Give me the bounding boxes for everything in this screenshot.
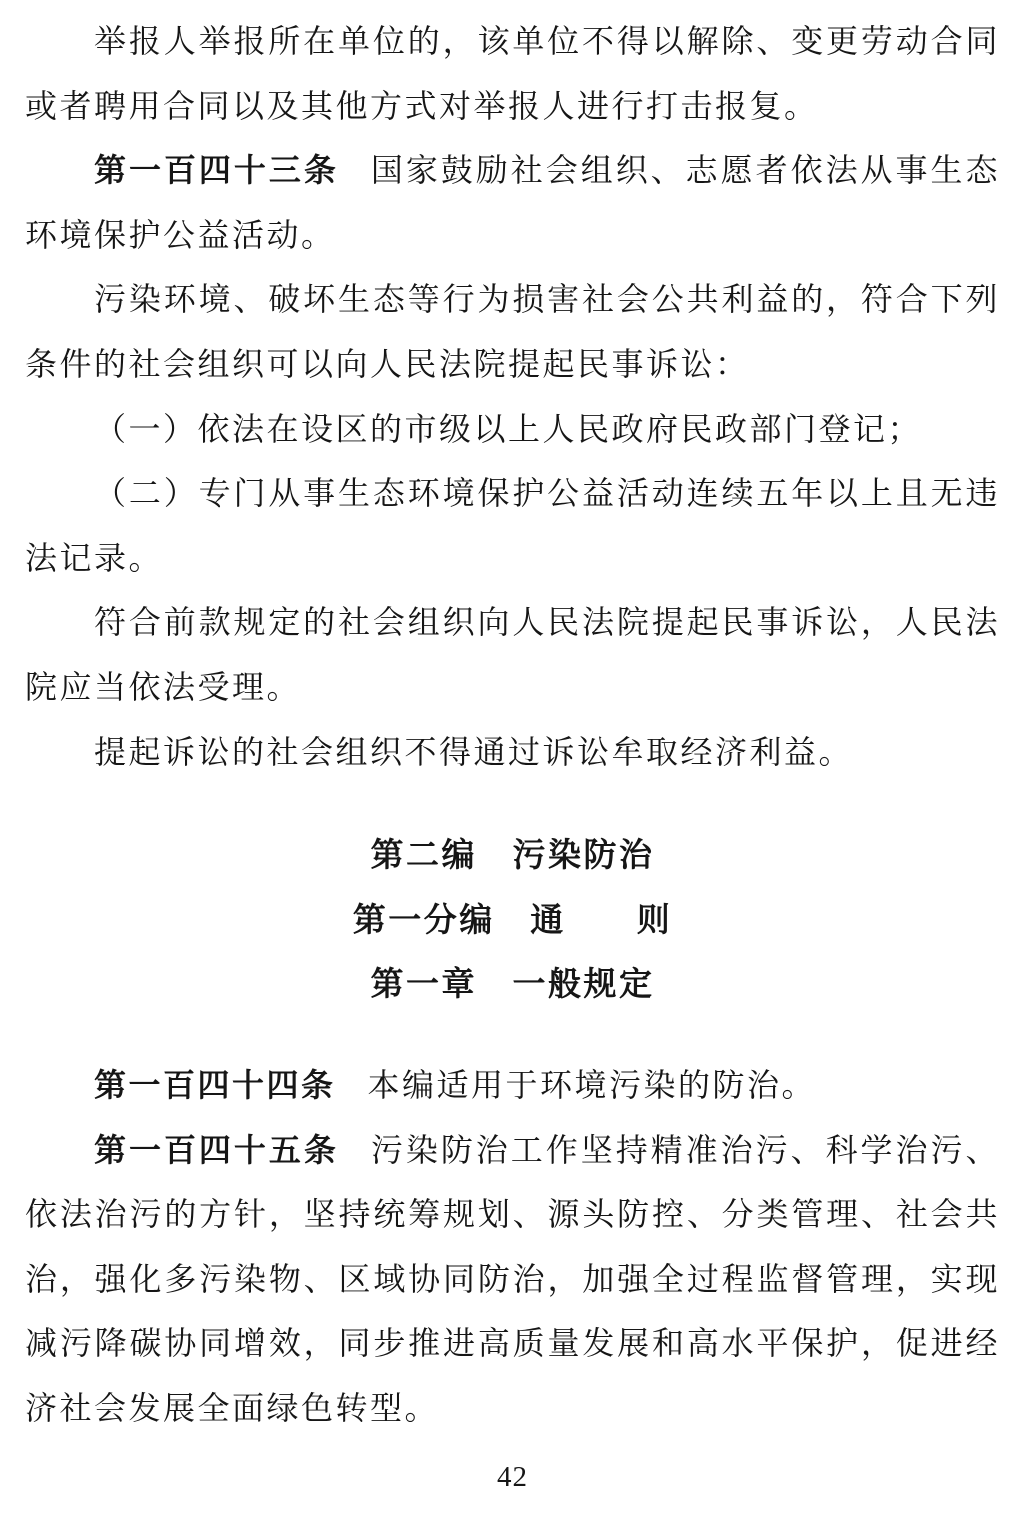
list-item-1: （一）依法在设区的市级以上人民政府民政部门登记； [25, 397, 1000, 462]
article-145-number: 第一百四十五条 [94, 1132, 339, 1168]
subpart-heading: 第一分编 通 则 [25, 888, 1000, 953]
article-145-text: 污染防治工作坚持精准治污、科学治污、依法治污的方针，坚持统筹规划、源头防控、分类… [25, 1132, 1000, 1426]
page-number: 42 [25, 1455, 1000, 1499]
document-page: 举报人举报所在单位的，该单位不得以解除、变更劳动合同或者聘用合同以及其他方式对举… [0, 0, 1024, 1513]
paragraph-public-interest-litigation: 污染环境、破坏生态等行为损害社会公共利益的，符合下列条件的社会组织可以向人民法院… [25, 267, 1000, 396]
part-heading: 第二编 污染防治 [25, 823, 1000, 888]
article-144-number: 第一百四十四条 [94, 1067, 336, 1103]
paragraph-retaliation-ban: 举报人举报所在单位的，该单位不得以解除、变更劳动合同或者聘用合同以及其他方式对举… [25, 9, 1000, 138]
paragraph-article-144: 第一百四十四条本编适用于环境污染的防治。 [25, 1053, 1000, 1118]
article-143-number: 第一百四十三条 [94, 152, 339, 188]
paragraph-article-145: 第一百四十五条污染防治工作坚持精准治污、科学治污、依法治污的方针，坚持统筹规划、… [25, 1118, 1000, 1441]
article-144-text: 本编适用于环境污染的防治。 [368, 1067, 817, 1103]
paragraph-article-143: 第一百四十三条国家鼓励社会组织、志愿者依法从事生态环境保护公益活动。 [25, 138, 1000, 267]
paragraph-court-acceptance: 符合前款规定的社会组织向人民法院提起民事诉讼，人民法院应当依法受理。 [25, 590, 1000, 719]
chapter-heading: 第一章 一般规定 [25, 952, 1000, 1017]
list-item-2: （二）专门从事生态环境保护公益活动连续五年以上且无违法记录。 [25, 461, 1000, 590]
paragraph-no-economic-gain: 提起诉讼的社会组织不得通过诉讼牟取经济利益。 [25, 720, 1000, 785]
